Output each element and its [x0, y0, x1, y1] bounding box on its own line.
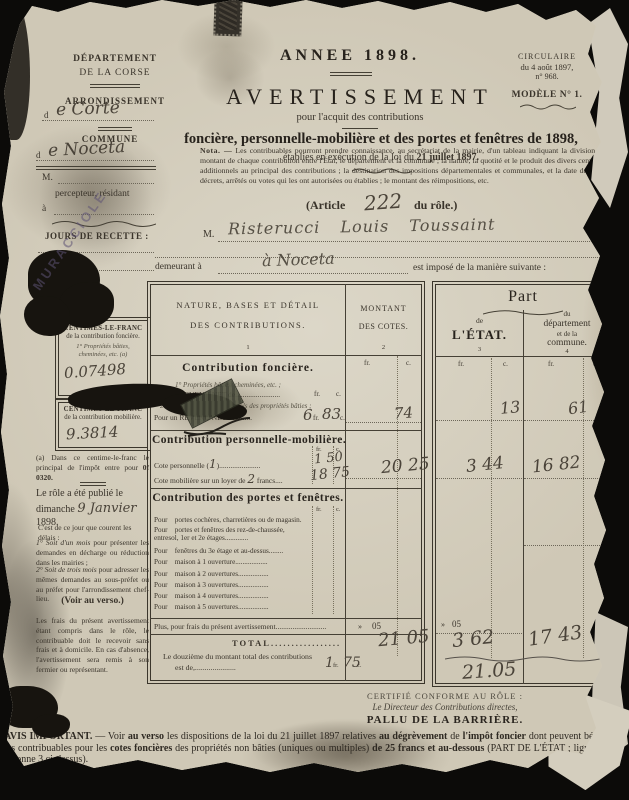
divider-line	[342, 128, 378, 129]
nature-col-number: 1	[152, 344, 344, 351]
divider-rule	[90, 84, 140, 88]
centimes-fonciere-l3: 1° Propriétés bâties,	[59, 343, 147, 350]
guide-dotted-line	[524, 420, 610, 421]
paper-sheet: CIRCULAIRE du 4 août 1897, n° 968. MODÈL…	[0, 0, 629, 780]
centimes-mobiliere-l2: de la contribution mobilière.	[59, 414, 147, 421]
fonciere-row1-c: c.	[336, 390, 341, 398]
commune-fr-label: fr.	[548, 360, 554, 368]
portes-row-label: fenêtres du 3e étage et au-dessus.......…	[175, 547, 283, 555]
pour-label: Pour	[154, 592, 168, 600]
fonciere-revenue-fr-handwritten: 6	[303, 406, 313, 424]
arrondissement-handwritten: e Corte	[56, 98, 120, 120]
fonciere-row2-fr: fr.	[313, 414, 319, 422]
commune-c-label: c.	[593, 360, 598, 368]
avis-t5: des propriétés non bâties (uniques ou mu…	[172, 743, 372, 754]
pour-label: Pour	[154, 603, 168, 611]
montant-header-1: MONTANT	[346, 304, 421, 313]
postage-stamp-pattern	[219, 2, 238, 31]
guide-dotted-line	[436, 420, 522, 421]
fonciere-title: Contribution foncière.	[152, 362, 344, 374]
personnelle-row2-value-handwritten: 2	[247, 472, 255, 486]
divider-rule	[80, 482, 106, 486]
mini-col-line	[333, 506, 334, 614]
scanned-tax-notice: CIRCULAIRE du 4 août 1897, n° 968. MODÈL…	[0, 0, 629, 800]
montant-c-label: c.	[406, 359, 411, 367]
centimes-fonciere-l4: cheminées, etc. (a)	[59, 351, 147, 358]
portes-row: Pour maison à 5 ouvertures..............…	[154, 603, 269, 611]
departement-value: DE LA CORSE	[50, 68, 180, 78]
frais-montant-fr: »	[358, 622, 362, 631]
personnelle-row1-value-handwritten: 1	[209, 457, 217, 471]
personnelle-row2-post: francs....	[257, 476, 283, 485]
etat-col-number: 3	[436, 346, 523, 353]
centimes-fonciere-l2: de la contribution foncière.	[59, 333, 147, 340]
guide-dotted-line	[436, 478, 522, 479]
douzieme-fr-label: fr.	[333, 662, 339, 669]
mini-fr-label: fr.	[316, 506, 322, 513]
douzieme-c-label: c.	[357, 662, 362, 669]
m-label: M.	[42, 173, 53, 183]
portes-row: Pour maison à 4 ouvertures..............…	[154, 592, 269, 600]
pour-label: Pour	[154, 581, 168, 589]
section-line	[150, 618, 422, 619]
personnelle-row1-post: )......................	[217, 461, 261, 470]
certification-line1: CERTIFIÉ CONFORME AU RÔLE :	[300, 691, 590, 701]
dotted-line	[155, 257, 604, 258]
fonciere-commune-handwritten: 61	[567, 397, 590, 419]
column-dotted-line	[397, 356, 398, 656]
avis-bold6: de 25 francs et au-dessous	[372, 743, 484, 754]
portes-row: Pour maison à 1 ouverture...............…	[154, 558, 268, 566]
postage-stamp-icon	[213, 0, 242, 36]
document-title: AVERTISSEMENT	[210, 84, 510, 110]
grand-total-handwritten: 21.05	[461, 658, 517, 684]
etat-de-label: de	[436, 316, 523, 325]
article-number-handwritten: 222	[363, 189, 403, 216]
montant-header-2: DES COTES.	[346, 322, 421, 331]
divider-rule	[98, 127, 132, 131]
a-label: à	[42, 204, 46, 214]
portes-row-label: maison à 4 ouvertures.................	[175, 592, 269, 600]
circulaire-line1: CIRCULAIRE	[492, 52, 602, 61]
portes-row: Pour portes et fenêtres des rez-de-chaus…	[154, 527, 310, 543]
fonciere-row2-c: c.	[340, 414, 345, 422]
part-header: Part	[436, 288, 610, 306]
etat-c-label: c.	[503, 360, 508, 368]
nature-header-1: NATURE, BASES ET DÉTAIL	[152, 300, 344, 310]
torn-paper-flap	[588, 8, 628, 208]
nota-paragraph: Nota. — Les contribuables pourront prend…	[200, 146, 606, 187]
portes-row-label: maison à 1 ouverture..................	[175, 558, 268, 566]
personnelle-montant-handwritten: 20 25	[380, 454, 430, 478]
commune-l3: commune.	[524, 338, 610, 348]
portes-row-label: maison à 5 ouvertures.................	[175, 603, 269, 611]
circulaire-line3: n° 968.	[492, 72, 602, 81]
personnelle-etat-handwritten: 3 44	[465, 453, 505, 477]
pen-scribble	[182, 412, 252, 438]
taxpayer-m-label: M.	[203, 229, 214, 240]
frais-row-label: Plus, pour frais du présent avertissemen…	[154, 622, 326, 631]
centimes-mobiliere-value-handwritten: 9.3814	[66, 423, 119, 444]
mini-col-line	[312, 506, 313, 614]
ink-blot	[24, 296, 70, 336]
frais-etat-c: 05	[452, 619, 461, 629]
portes-title: Contribution des portes et fenêtres.	[152, 492, 344, 504]
portes-row: Pour portes cochères, charretières ou de…	[154, 516, 302, 524]
pour-label: Pour	[154, 570, 168, 578]
personnelle-row1-pre: Cote personnelle (	[154, 461, 209, 470]
commune-l2: et de la	[524, 330, 610, 338]
avis-bold4: l'impôt foncier	[463, 731, 526, 742]
personnelle-row2-pre: Cote mobilière sur un loyer de	[154, 476, 245, 485]
portes-row-label: maison à 2 ouvertures.................	[175, 570, 269, 578]
guide-dotted-line	[346, 478, 421, 479]
dotted-line	[218, 273, 408, 274]
portes-row: Pour maison à 3 ouvertures..............…	[154, 581, 269, 589]
portes-row: Pour fenêtres du 3e étage et au-dessus..…	[154, 547, 283, 555]
voir-verso-label: (Voir au verso.)	[36, 596, 149, 606]
nature-header-2: DES CONTRIBUTIONS.	[152, 320, 344, 330]
avis-t2: les dispositions de la loi du 21 juillet…	[164, 731, 379, 742]
commune-prefix: d	[36, 150, 41, 160]
dotted-line	[36, 160, 154, 161]
demeurant-label: demeurant à	[155, 262, 202, 272]
departement-label: DÉPARTEMENT	[50, 54, 180, 64]
document-subtitle: pour l'acquit des contributions	[240, 112, 480, 123]
avis-t1: — Voir	[92, 731, 127, 742]
delai-2-lead: 2° Soit de trois mois	[36, 565, 97, 574]
fonciere-row1-fr: fr.	[314, 390, 320, 398]
divider-rule	[36, 166, 156, 170]
pour-label: Pour	[154, 526, 168, 534]
avis-t3: de	[447, 731, 462, 742]
portes-row-label: portes cochères, charretières ou de maga…	[175, 516, 302, 524]
delai-1-lead: 1° Soit d'un mois	[36, 538, 90, 547]
dotted-line	[218, 241, 604, 242]
circulaire-line2: du 4 août 1897,	[492, 62, 602, 72]
personnelle-row2: Cote mobilière sur un loyer de 2 francs.…	[154, 472, 283, 486]
portes-row-label: portes et fenêtres des rez-de-chaussée, …	[154, 526, 285, 542]
article-pre: (Article	[306, 198, 345, 213]
role-date-handwritten: 9 Janvier	[77, 501, 136, 516]
dotted-line	[42, 120, 154, 121]
nota-text: Les contribuables pourront prendre conna…	[200, 146, 606, 185]
guide-dotted-line	[524, 545, 610, 546]
douzieme-line2: est de,.....................	[175, 663, 236, 672]
commune-du-label: du	[524, 310, 610, 318]
pour-label: Pour	[154, 558, 168, 566]
squiggle-rule	[520, 103, 576, 111]
portes-row-label: maison à 3 ouvertures.................	[175, 581, 269, 589]
arrondissement-prefix: d	[44, 110, 49, 120]
total-etat-handwritten: 3 62	[451, 626, 495, 652]
douzieme-line1: Le douzième du montant total des contrib…	[163, 652, 343, 661]
year-title: ANNEE 1898.	[240, 47, 460, 65]
montant-fr-label: fr.	[364, 359, 370, 367]
mini-c-label: c.	[336, 506, 341, 513]
article-post: du rôle.)	[414, 198, 457, 213]
header-line	[150, 355, 422, 356]
pour-label: Pour	[154, 516, 168, 524]
header-line	[435, 356, 611, 357]
residence-handwritten: à Noceta	[262, 249, 335, 271]
personnelle-row1: Cote personnelle (1)....................…	[154, 457, 260, 471]
nota-label: Nota. —	[200, 146, 232, 155]
avis-bold2: au verso	[128, 731, 164, 742]
fonciere-montant-handwritten: 74	[393, 403, 413, 422]
note-a-text: (a) Dans ce centime-le-franc le principa…	[36, 453, 149, 472]
fonciere-revenue-c-handwritten: 83	[322, 405, 341, 423]
section-line	[150, 488, 422, 489]
avis-important-paragraph: AVIS IMPORTANT. — Voir au verso les disp…	[4, 731, 624, 766]
squiggle-rule	[52, 219, 156, 228]
guide-dotted-line	[346, 422, 421, 423]
fonciere-etat-handwritten: 13	[499, 397, 521, 418]
column-line	[523, 310, 524, 684]
divider-rule	[330, 72, 372, 76]
etat-label: L'ÉTAT.	[436, 327, 523, 343]
total-row-label: TOTAL.................	[232, 638, 341, 648]
ink-blot	[0, 0, 30, 140]
delai-1: 1° Soit d'un mois pour présenter les dem…	[36, 538, 149, 567]
commune-handwritten: e Noceta	[48, 137, 126, 161]
avis-bold5: cotes foncières	[110, 743, 172, 754]
column-dotted-line	[491, 358, 492, 658]
avis-bold3: au dégrèvement	[379, 731, 447, 742]
frais-etat-fr: »	[441, 620, 445, 629]
pour-label: Pour	[154, 547, 168, 555]
commune-l1: département	[524, 319, 610, 329]
montant-col-number: 2	[346, 344, 421, 351]
commune-col-number: 4	[524, 348, 610, 355]
total-montant-handwritten: 21 05	[377, 626, 430, 651]
dotted-line	[54, 214, 154, 215]
imposed-suffix: est imposé de la manière suivante :	[413, 263, 546, 273]
note-a-paragraph: (a) Dans ce centime-le-franc le principa…	[36, 453, 149, 483]
etat-fr-label: fr.	[458, 360, 464, 368]
signature-name: PALLU DE LA BARRIÈRE.	[300, 714, 590, 726]
taxpayer-name-handwritten: Risterucci Louis Toussaint	[228, 215, 496, 239]
portes-row: Pour maison à 2 ouvertures..............…	[154, 570, 269, 578]
certification-line2: Le Directeur des Contributions directes,	[300, 702, 590, 712]
guide-dotted-line	[524, 478, 610, 479]
frais-note-paragraph: Les frais du présent avertissement étant…	[36, 616, 149, 675]
